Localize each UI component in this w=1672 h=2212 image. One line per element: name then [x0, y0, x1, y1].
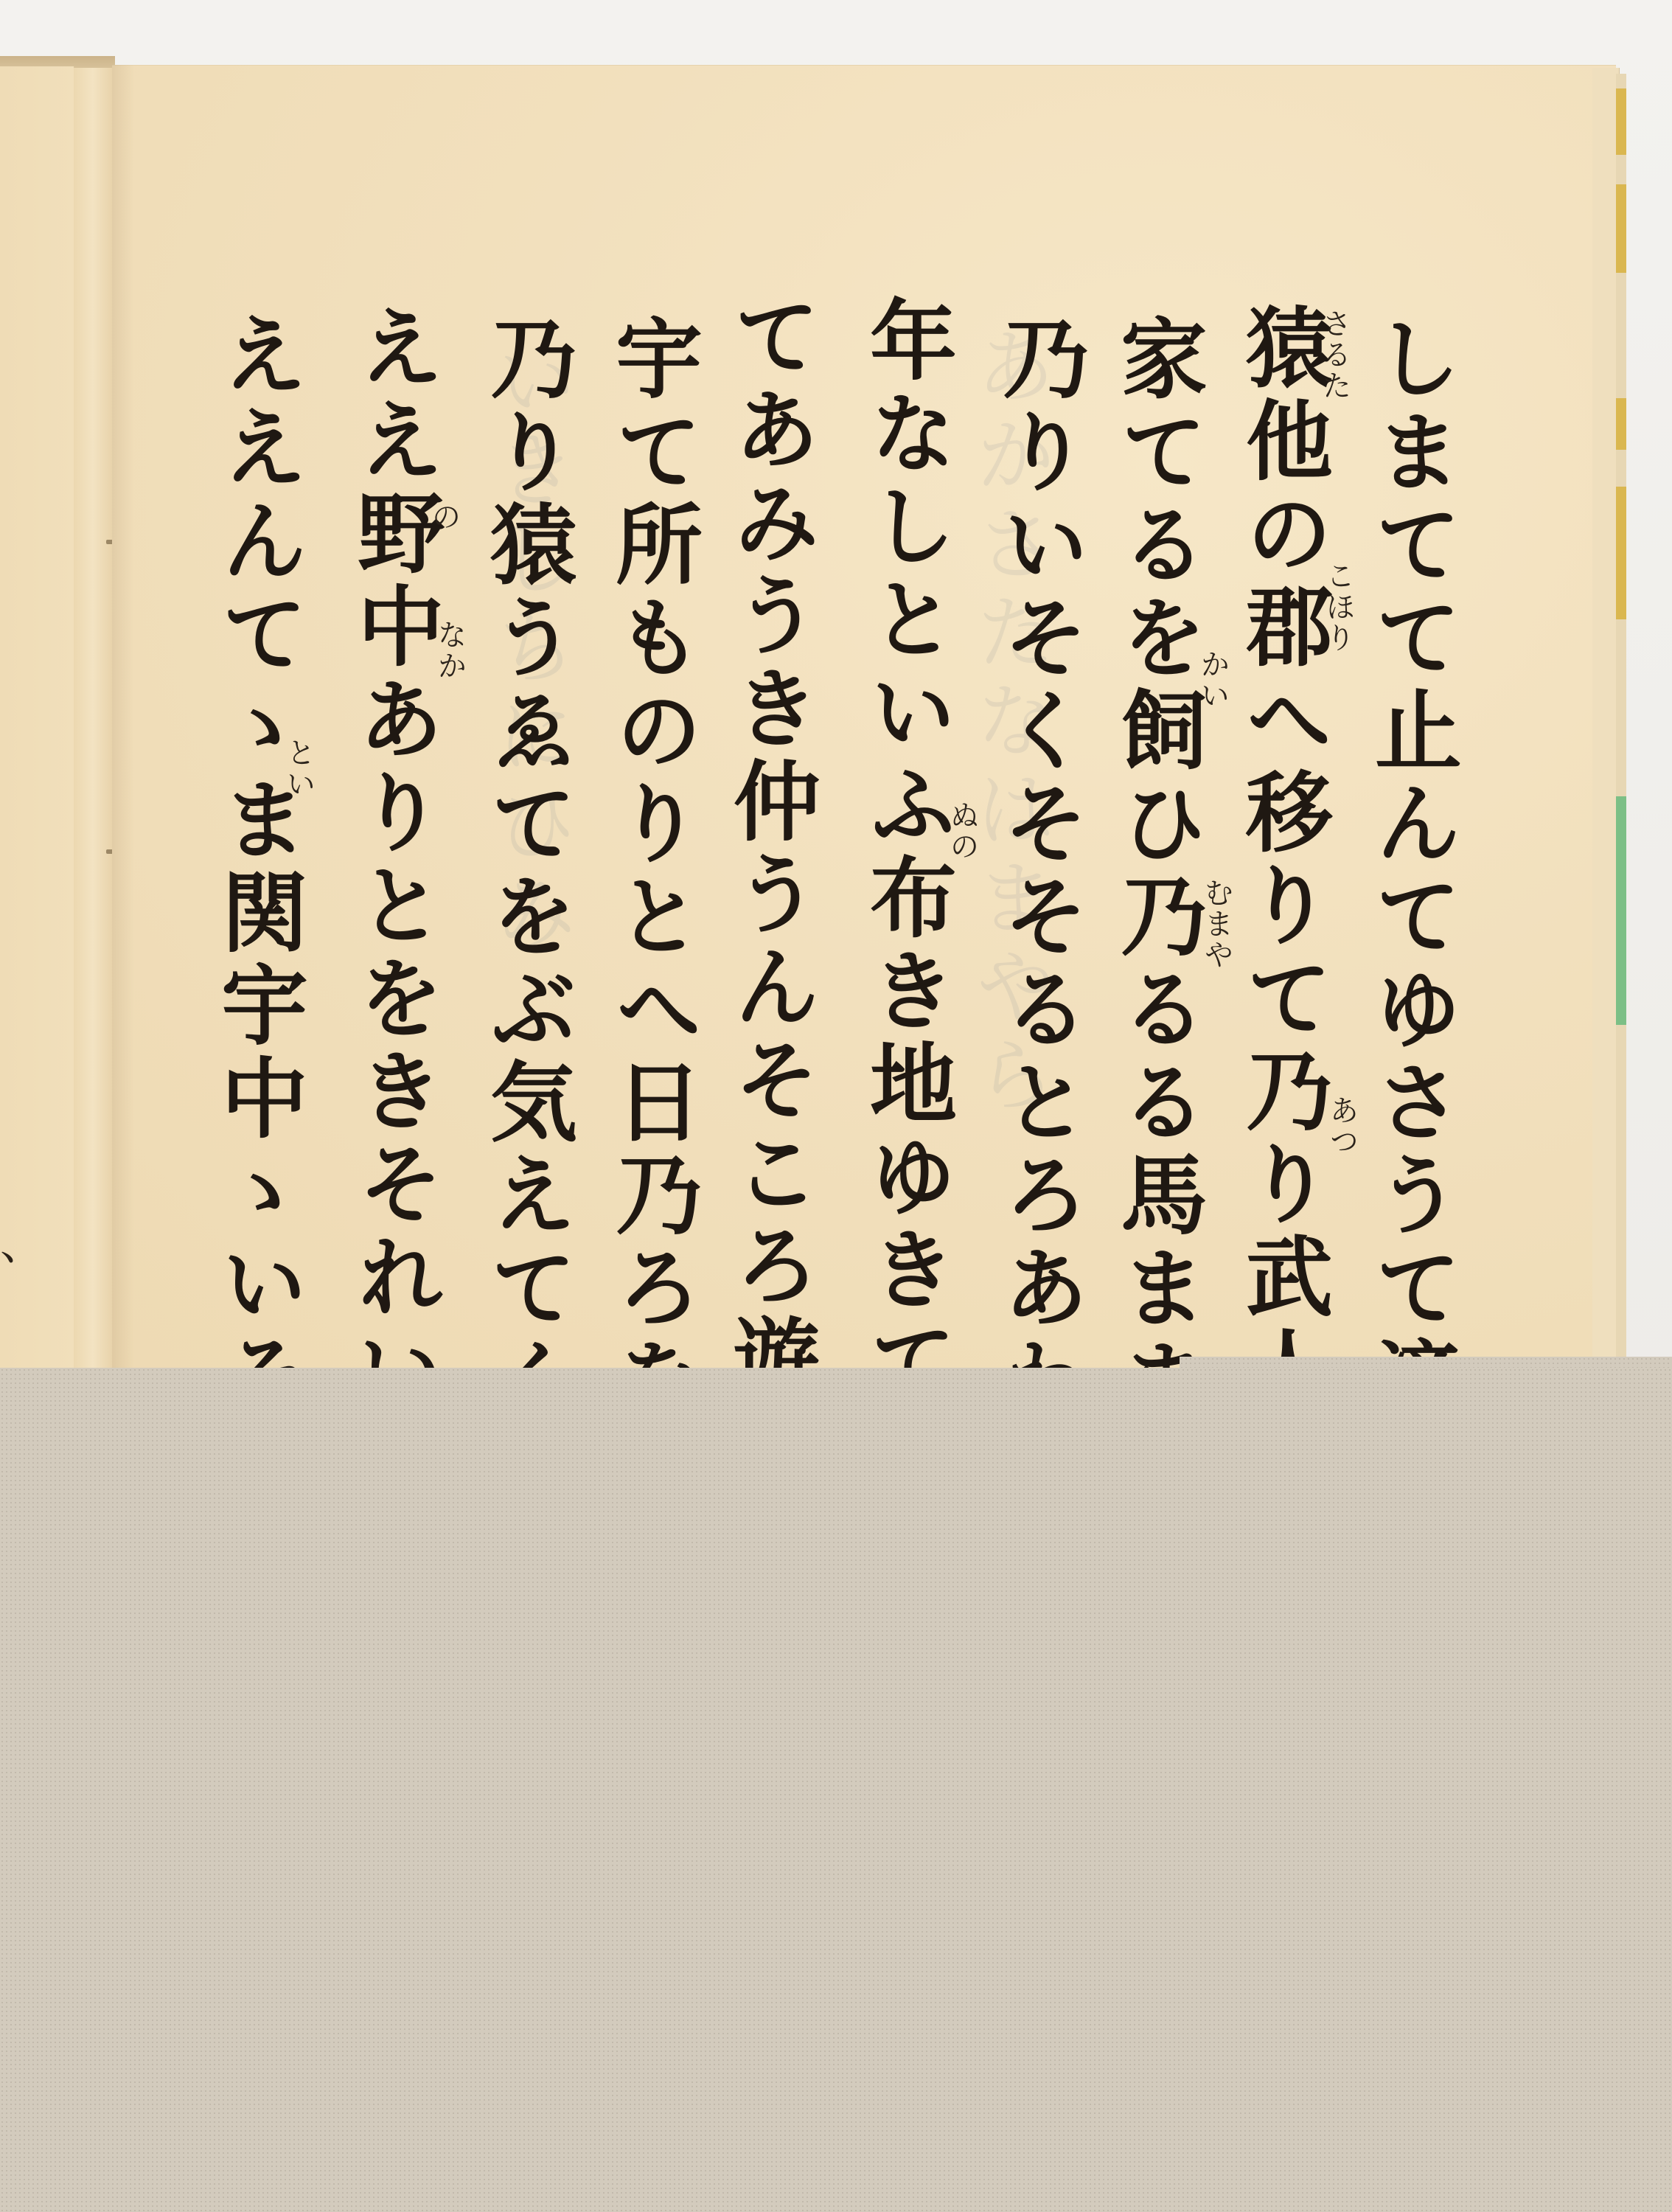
ruby-annotation: こほり [1323, 560, 1353, 653]
ruby-annotation: の [429, 501, 459, 532]
ruby-annotation: あつ [1327, 1095, 1356, 1157]
text-column-1: しまてて止んてゆさうて滝土 [1368, 313, 1455, 1521]
text-column-6: てあみうき仲うんそころ遊 [726, 291, 813, 1406]
text-column-4: 乃りいそくそそるとろあわ乃 [995, 313, 1082, 1521]
text-column-5: 年なしといふ布き地ゆきて [863, 295, 950, 1410]
ruby-annotation: ぬの [947, 800, 977, 862]
ruby-annotation: かい [1198, 649, 1227, 711]
text-column-2: 猿他の郡へ移りて乃り武人の [1239, 302, 1326, 1510]
text-column-9: ええ野中ありとをきそれい [350, 302, 437, 1417]
ruby-annotation: さるた [1320, 308, 1349, 401]
redaction-mask [0, 1368, 1672, 2212]
redaction-mask-edge [1180, 1357, 1672, 1368]
text-column-8: 乃り猿うゑてをぶ気えてく [483, 313, 570, 1428]
ruby-annotation: なか [435, 619, 464, 681]
ruby-annotation: とい [284, 737, 313, 799]
text-column-7: 宇て所ものりとへ日乃ろを [608, 313, 695, 1428]
text-columns: あかさたなはまやら いきしちにひみ しまてて止んてゆさうて滝土 猿他の郡へ移りて… [0, 0, 1672, 1386]
ruby-annotation: むまや [1202, 877, 1231, 970]
